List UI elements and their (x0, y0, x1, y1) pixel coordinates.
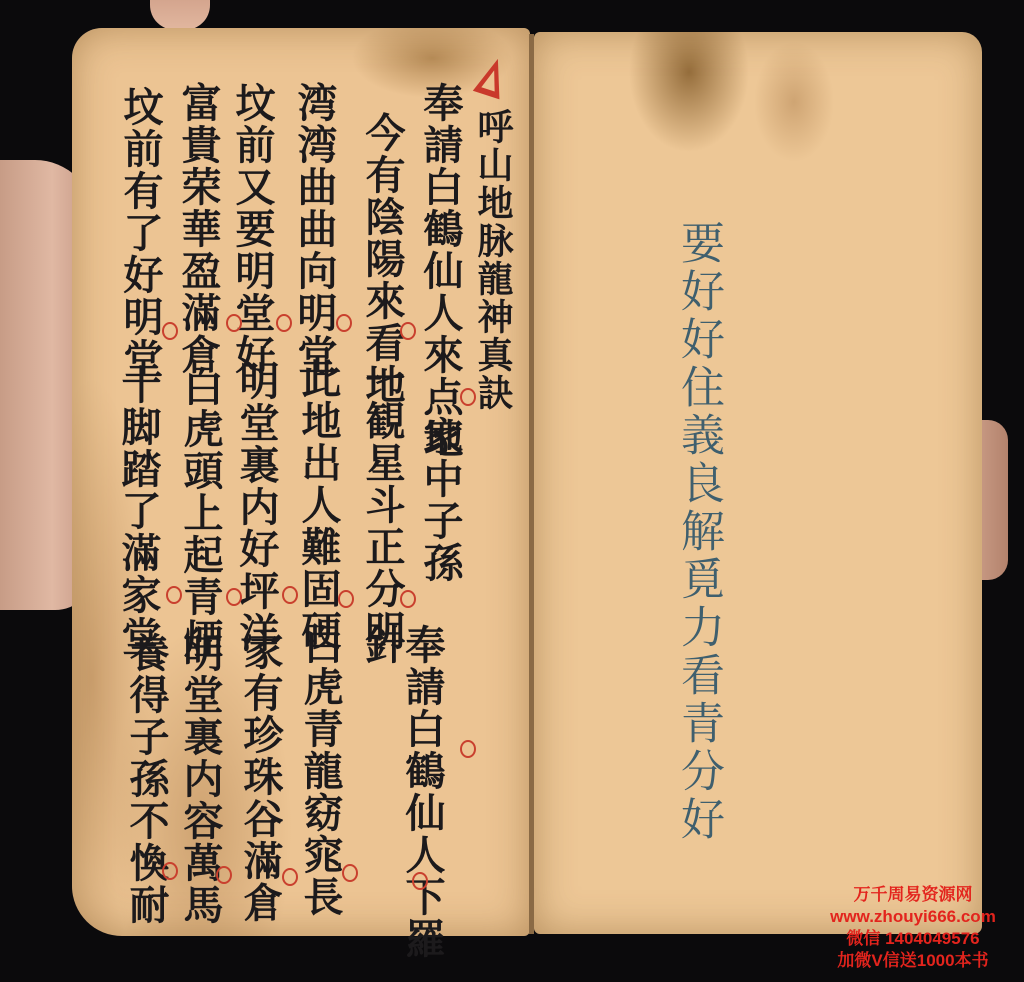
red-circle-mark-icon (162, 862, 178, 880)
red-circle-mark-icon (412, 872, 428, 890)
verse-column: 養得子孫不愌耐 (126, 632, 166, 926)
page-title: 呼山地脉龍神真訣 (474, 108, 510, 412)
thumb (150, 0, 210, 30)
verse-column: 湾湾曲曲向明堂 (294, 82, 334, 376)
watermark-line: 加微V信送1000本书 (808, 950, 1018, 972)
watermark-url: www.zhouyi666.com (808, 906, 1018, 928)
handwritten-annotation: 要好好住義良解覓力看青分好 (676, 220, 720, 844)
red-circle-mark-icon (226, 314, 242, 332)
red-circle-mark-icon (276, 314, 292, 332)
verse-column: 富貴荣華盈滿倉 (178, 82, 218, 376)
red-circle-mark-icon (342, 864, 358, 882)
red-circle-mark-icon (400, 590, 416, 608)
verse-column: 十脚踏了滿家堂 (118, 364, 158, 658)
red-circle-mark-icon (226, 588, 242, 606)
red-circle-mark-icon (336, 314, 352, 332)
right-page (534, 32, 982, 934)
red-circle-mark-icon (338, 590, 354, 608)
red-circle-mark-icon (460, 388, 476, 406)
watermark-line: 万千周易资源网 (808, 884, 1018, 906)
red-circle-mark-icon (282, 868, 298, 886)
watermark: 万千周易资源网 www.zhouyi666.com 微信 1404049576 … (808, 884, 1018, 972)
red-circle-mark-icon (216, 866, 232, 884)
red-circle-mark-icon (282, 586, 298, 604)
verse-column: 明堂裏内容萬馬 (180, 632, 220, 926)
verse-column: 一観星斗正分明 (362, 358, 402, 652)
verse-column: 白虎頭上起青煙 (180, 366, 220, 660)
verse-column: 坟前有了好明堂 (120, 86, 160, 380)
verse-column: 此地出人難固硬 (298, 358, 338, 652)
verse-column: 家中子孫 (420, 416, 460, 584)
red-circle-mark-icon (166, 586, 182, 604)
red-circle-mark-icon (460, 740, 476, 758)
verse-column: 奉請白鶴仙人下羅針 (362, 624, 442, 982)
red-circle-mark-icon (162, 322, 178, 340)
verse-column: 坟前又要明堂好 (232, 82, 272, 376)
watermark-line: 微信 1404049576 (808, 928, 1018, 950)
verse-column: 家有珍珠谷滿倉 (240, 630, 280, 924)
right-hand (978, 420, 1008, 580)
verse-column: 明堂裏内好坪洋 (236, 360, 276, 654)
verse-column: 白虎青龍窈窕長 (300, 624, 340, 918)
red-circle-mark-icon (400, 322, 416, 340)
verse-column: 奉請白鶴仙人來点地 (420, 82, 460, 460)
